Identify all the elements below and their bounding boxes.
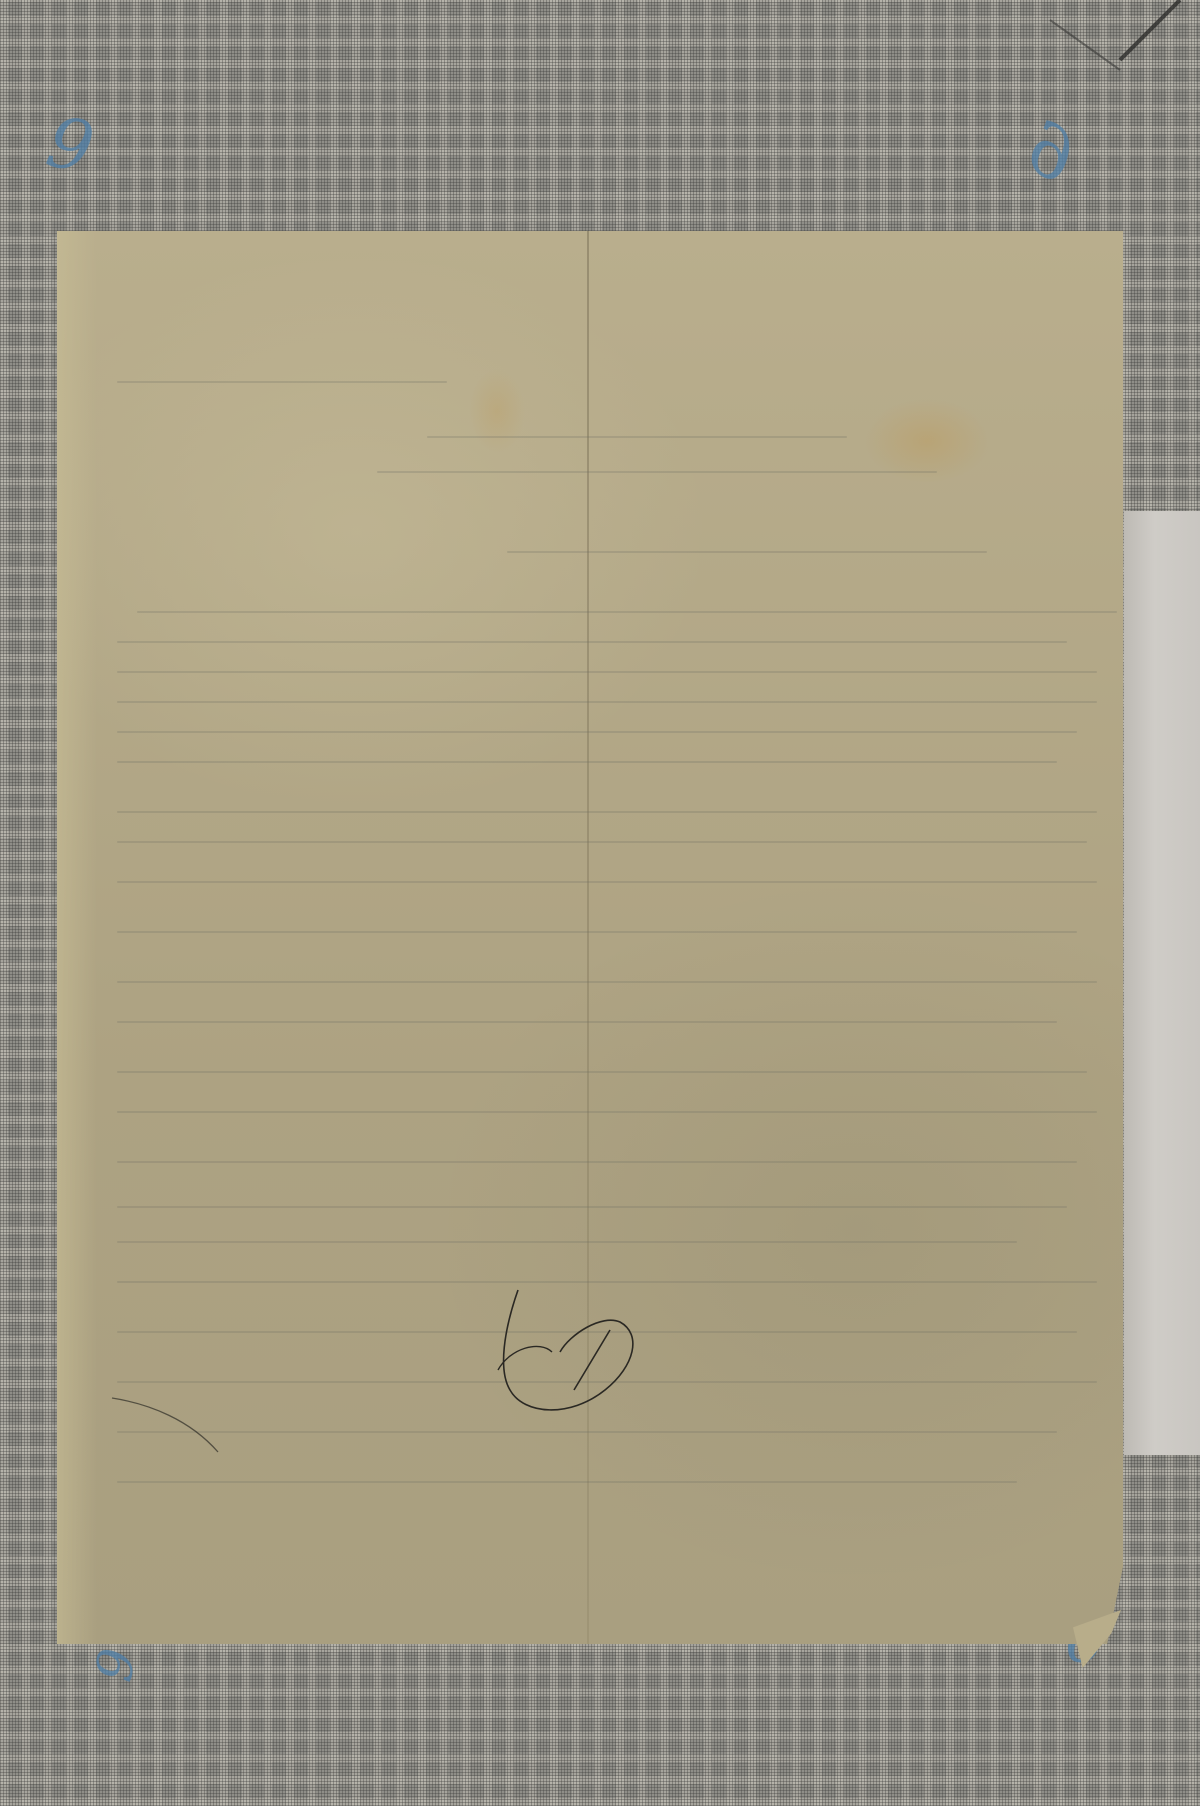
cutting-mat-background: 9 9 9 9	[0, 0, 1200, 1806]
stray-pencil-stroke	[110, 1390, 230, 1460]
pencil-corner-mark	[1020, 0, 1200, 100]
corner-mark-bottom-left: 9	[89, 1645, 144, 1685]
white-backing-sheet	[1124, 511, 1200, 1455]
corner-mark-top-left: 9	[41, 106, 99, 184]
corner-mark-top-right: 9	[1015, 109, 1089, 192]
ink-flourish-mark	[490, 1270, 650, 1430]
